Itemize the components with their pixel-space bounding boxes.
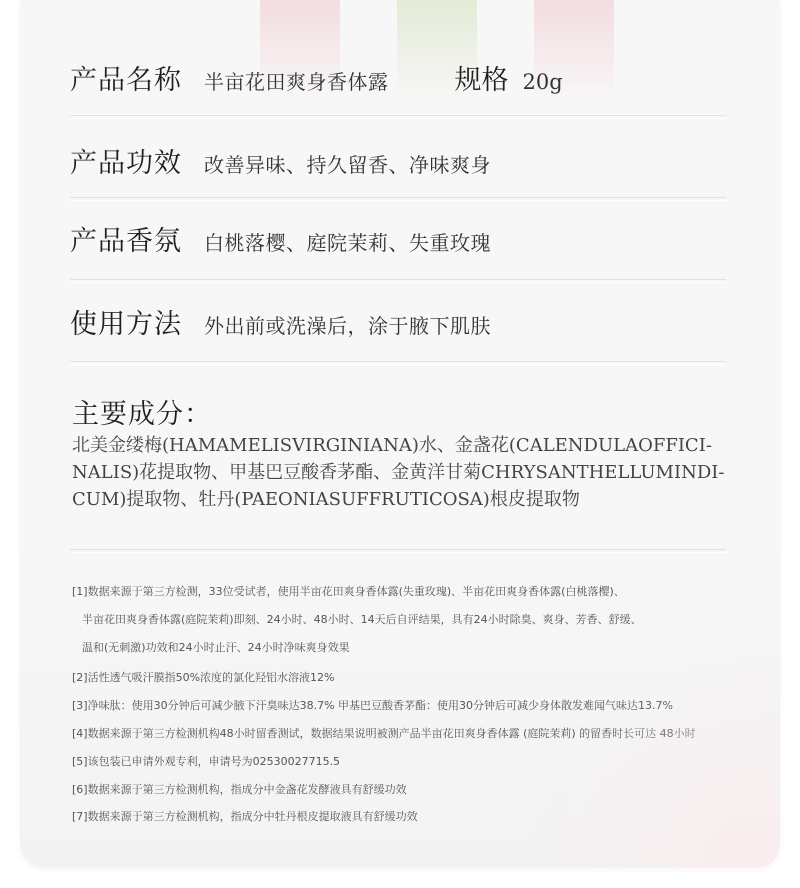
footnote: [5]该包装已申请外观专利，申请号为02530027715.5 [72, 753, 340, 769]
footnote: [1]数据来源于第三方检测，33位受试者，使用半亩花田爽身香体露(失重玫瑰)、半… [72, 583, 625, 599]
efficacy-row: 产品功效 改善异味、持久留香、净味爽身 [70, 141, 726, 180]
footnote: 半亩花田爽身香体露(庭院茉莉)即刻、24小时、48小时、14天后自评结果，具有2… [82, 611, 642, 627]
efficacy-label: 产品功效 [70, 141, 182, 180]
footnote: 温和(无刺激)功效和24小时止汗、24小时净味爽身效果 [82, 639, 350, 655]
usage-label: 使用方法 [70, 302, 182, 341]
fragrance-row: 产品香氛 白桃落樱、庭院茉莉、失重玫瑰 [70, 219, 726, 258]
divider [70, 115, 726, 119]
product-name-value: 半亩花田爽身香体露 [204, 66, 389, 95]
product-info-card: 产品名称 半亩花田爽身香体露 规格 20g 产品功效 改善异味、持久留香、净味爽… [20, 0, 780, 868]
product-name-label: 产品名称 [70, 58, 182, 97]
product-name-row: 产品名称 半亩花田爽身香体露 规格 20g [70, 58, 726, 97]
fragrance-value: 白桃落樱、庭院茉莉、失重玫瑰 [204, 227, 491, 256]
footnote: [3]净味肽：使用30分钟后可减少腋下汗臭味达38.7% 甲基巴豆酸香茅酯：使用… [72, 697, 673, 713]
ingredients-list: 北美金缕梅(HAMAMELISVIRGINIANA)水、金盏花(CALENDUL… [72, 432, 732, 513]
ingredients-line: CUM)提取物、牡丹(PAEONIASUFFRUTICOSA)根皮提取物 [72, 486, 732, 513]
spec-value: 20g [523, 70, 563, 94]
ingredients-title: 主要成分： [72, 392, 212, 431]
footnote: [4]数据来源于第三方检测机构48小时留香测试，数据结果说明被测产品半亩花田爽身… [72, 725, 696, 741]
divider [70, 549, 726, 553]
usage-value: 外出前或洗澡后，涂于腋下肌肤 [204, 310, 491, 339]
ingredients-line: NALIS)花提取物、甲基巴豆酸香茅酯、金黄洋甘菊CHRYSANTHELLUMI… [72, 459, 732, 486]
divider [70, 361, 726, 365]
fragrance-label: 产品香氛 [70, 219, 182, 258]
spec-label: 规格 [455, 58, 509, 97]
efficacy-value: 改善异味、持久留香、净味爽身 [204, 149, 491, 178]
usage-row: 使用方法 外出前或洗澡后，涂于腋下肌肤 [70, 302, 726, 341]
ingredients-line: 北美金缕梅(HAMAMELISVIRGINIANA)水、金盏花(CALENDUL… [72, 432, 732, 459]
divider [70, 279, 726, 283]
divider [70, 197, 726, 201]
footnote: [7]数据来源于第三方检测机构，指成分中牡丹根皮提取液具有舒缓功效 [72, 808, 418, 824]
footnote: [6]数据来源于第三方检测机构，指成分中金盏花发酵液具有舒缓功效 [72, 781, 407, 797]
footnote: [2]活性透气吸汗膜指50%浓度的氯化羟铝水溶液12% [72, 669, 334, 685]
